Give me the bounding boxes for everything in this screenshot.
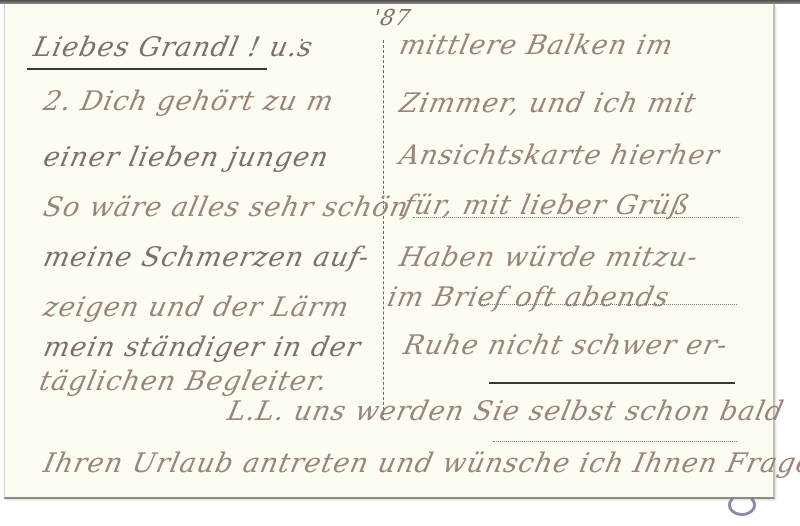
left-line-6: zeigen und der Lärm (41, 294, 352, 321)
postcard: '87 Liebes Grandl ! u.s 2. Dich gehört z… (4, 4, 775, 499)
address-line-3 (493, 441, 737, 442)
corner-mark: '87 (371, 8, 413, 30)
left-line-3: einer lieben jungen (41, 144, 332, 171)
left-line-2: 2. Dich gehört zu m (41, 88, 337, 115)
vertical-divider (383, 40, 384, 420)
right-line-6: im Brief oft abends (385, 284, 672, 311)
ink-speck (301, 39, 303, 41)
bottom-line-2: Ihren Urlaub antreten und wünsche ich Ih… (41, 450, 800, 477)
right-line-2: Zimmer, und ich mit (397, 90, 699, 117)
left-line-8: täglichen Begleiter. (37, 368, 330, 395)
right-line-7: Ruhe nicht schwer er- (401, 332, 730, 359)
left-line-5: meine Schmerzen auf- (41, 244, 372, 271)
salutation-underline (27, 68, 267, 70)
bottom-line-1: L.L. uns werden Sie selbst schon bald (225, 398, 786, 425)
right-line-1: mittlere Balken im (397, 32, 676, 59)
left-line-7: mein ständiger in der (41, 334, 364, 361)
salutation-line: Liebes Grandl ! u.s (31, 34, 316, 61)
right-line-4: für, mit lieber Grüß (401, 192, 693, 219)
address-rule-solid (489, 382, 735, 384)
right-line-3: Ansichtskarte hierher (397, 142, 722, 169)
left-line-4: So wäre alles sehr schön (41, 194, 411, 221)
postmark-fragment-icon (728, 494, 756, 516)
right-line-5: Haben würde mitzu- (397, 244, 701, 271)
